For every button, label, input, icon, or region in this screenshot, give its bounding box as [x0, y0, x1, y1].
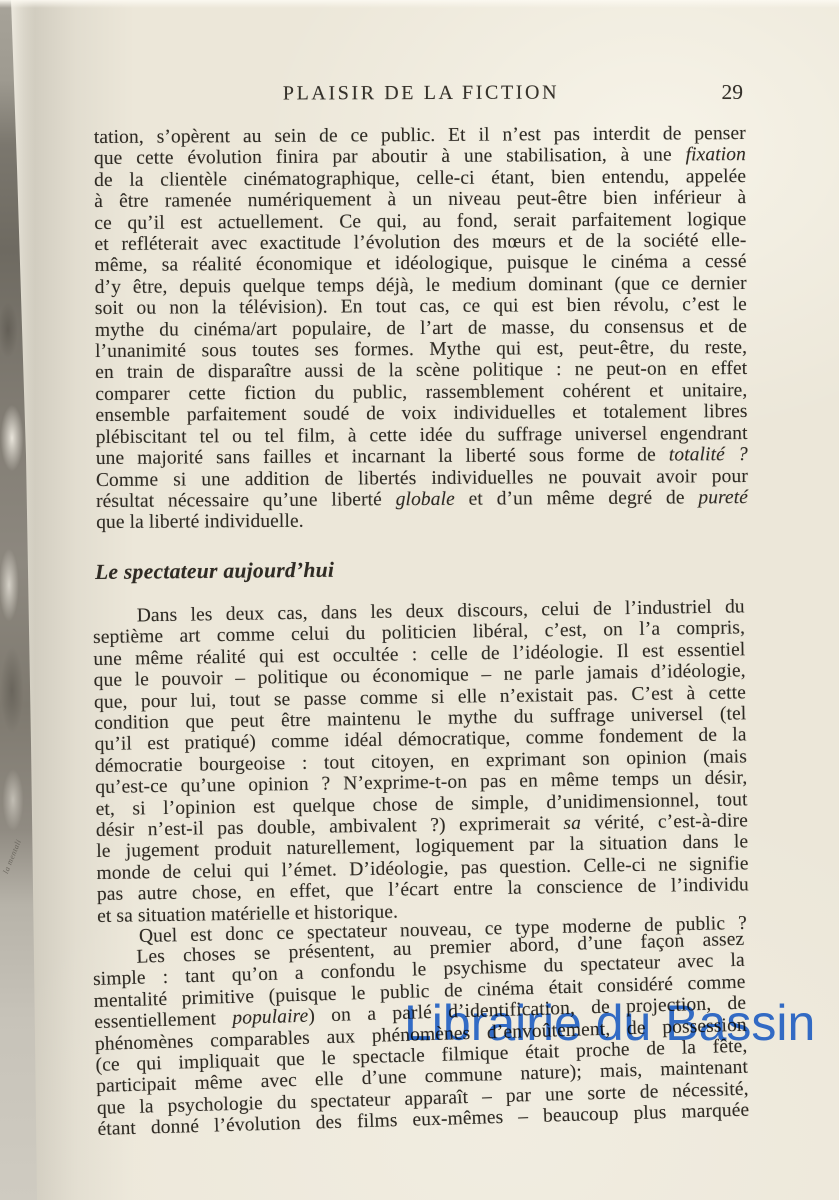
- text-line: que la liberté individuelle.: [96, 508, 748, 533]
- section-heading: Le spectateur aujourd’hui: [95, 552, 747, 584]
- running-title: PLAISIR DE LA FICTION: [95, 81, 747, 106]
- page-number: 29: [722, 80, 744, 105]
- page-top-edge: [0, 0, 839, 8]
- paragraph-1: tation, s’opèrent au sein de ce public. …: [94, 123, 748, 534]
- book-page-photo: la mentali PLAISIR DE LA FICTION 29 tati…: [0, 0, 839, 1200]
- paragraph-2: Dans les deux cas, dans les deux discour…: [93, 596, 750, 927]
- body-text: tation, s’opèrent au sein de ce public. …: [95, 127, 747, 1141]
- text-line: résultat nécessaire qu’une liberté globa…: [96, 487, 748, 512]
- bookseller-watermark: Librairie du Bassin: [404, 994, 815, 1052]
